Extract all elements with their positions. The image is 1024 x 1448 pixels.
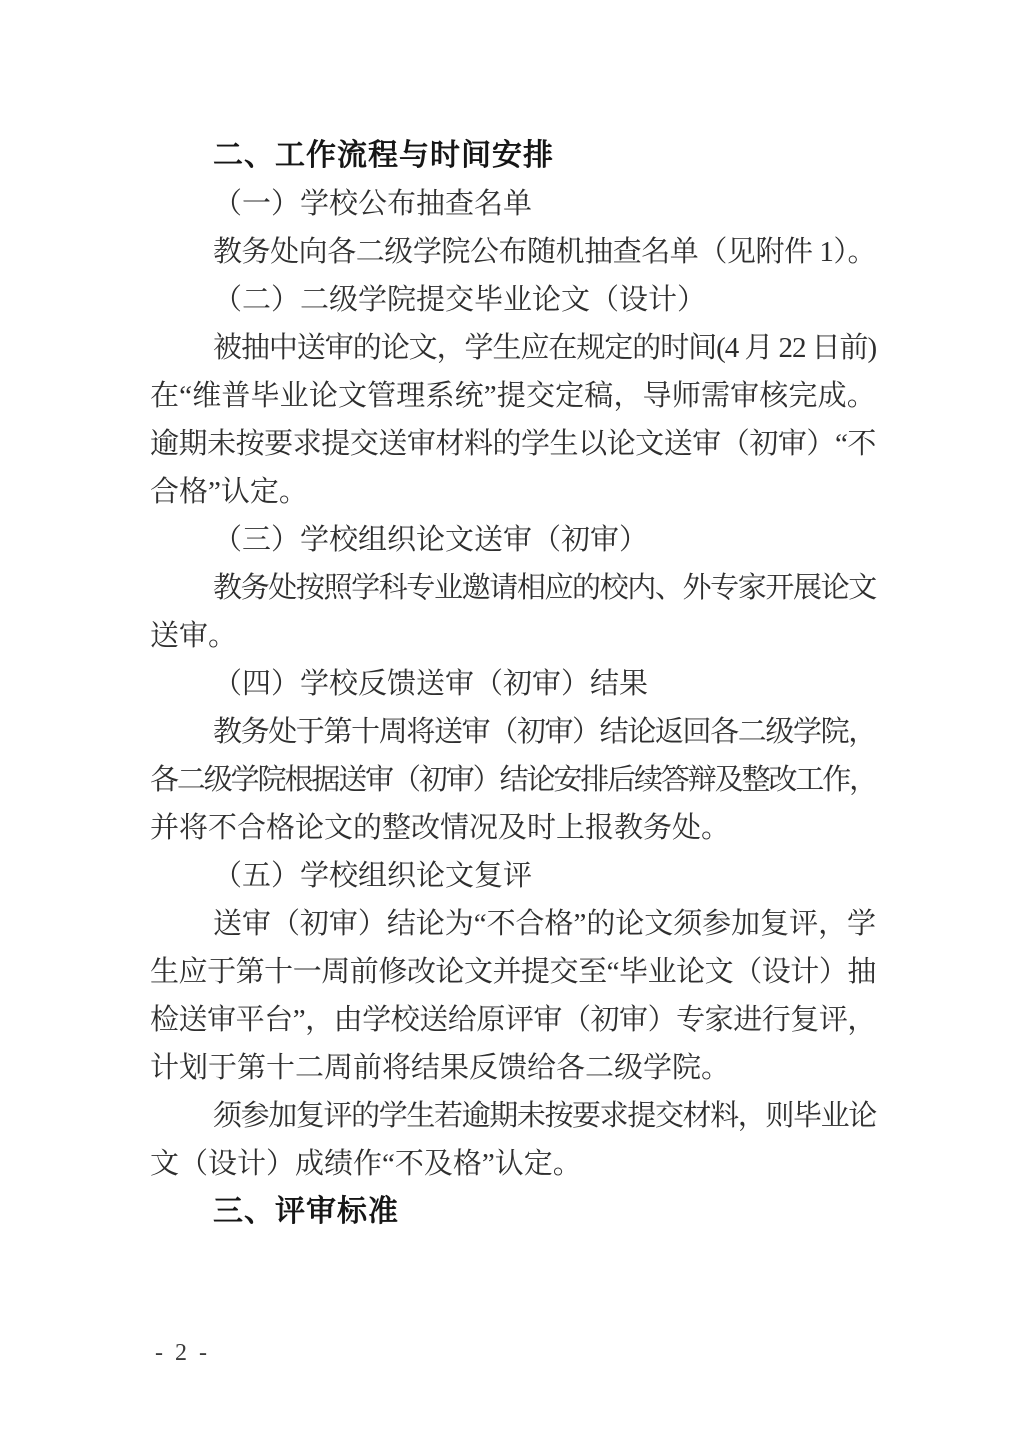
text-line: 教务处按照学科专业邀请相应的校内、外专家开展论文 [150,564,876,612]
text-line: 教务处于第十周将送审（初审）结论返回各二级学院， [150,708,876,756]
text-line: 须参加复评的学生若逾期未按要求提交材料，则毕业论 [150,1092,876,1140]
text-line: （一）学校公布抽查名单 [150,180,876,228]
document-page: 二、工作流程与时间安排（一）学校公布抽查名单教务处向各二级学院公布随机抽查名单（… [0,0,1024,1448]
text-line: 合格”认定。 [150,468,876,516]
text-line: 计划于第十二周前将结果反馈给各二级学院。 [150,1044,876,1092]
text-line: 送审（初审）结论为“不合格”的论文须参加复评，学 [150,900,876,948]
text-line: 逾期未按要求提交送审材料的学生以论文送审（初审）“不 [150,420,876,468]
text-line: （二）二级学院提交毕业论文（设计） [150,276,876,324]
document-body: 二、工作流程与时间安排（一）学校公布抽查名单教务处向各二级学院公布随机抽查名单（… [150,132,876,1236]
text-line: 文（设计）成绩作“不及格”认定。 [150,1140,876,1188]
text-line: 在“维普毕业论文管理系统”提交定稿，导师需审核完成。 [150,372,876,420]
section-heading: 二、工作流程与时间安排 [150,132,876,180]
text-line: 并将不合格论文的整改情况及时上报教务处。 [150,804,876,852]
text-line: （五）学校组织论文复评 [150,852,876,900]
text-line: 检送审平台”，由学校送给原评审（初审）专家进行复评， [150,996,876,1044]
text-line: 生应于第十一周前修改论文并提交至“毕业论文（设计）抽 [150,948,876,996]
text-line: 教务处向各二级学院公布随机抽查名单（见附件 1）。 [150,228,876,276]
text-line: 被抽中送审的论文，学生应在规定的时间(4 月 22 日前) [150,324,876,372]
text-line: （三）学校组织论文送审（初审） [150,516,876,564]
text-line: 各二级学院根据送审（初审）结论安排后续答辩及整改工作， [150,756,876,804]
section-heading: 三、评审标准 [150,1188,876,1236]
page-number: - 2 - [155,1340,210,1367]
text-line: 送审。 [150,612,876,660]
text-line: （四）学校反馈送审（初审）结果 [150,660,876,708]
